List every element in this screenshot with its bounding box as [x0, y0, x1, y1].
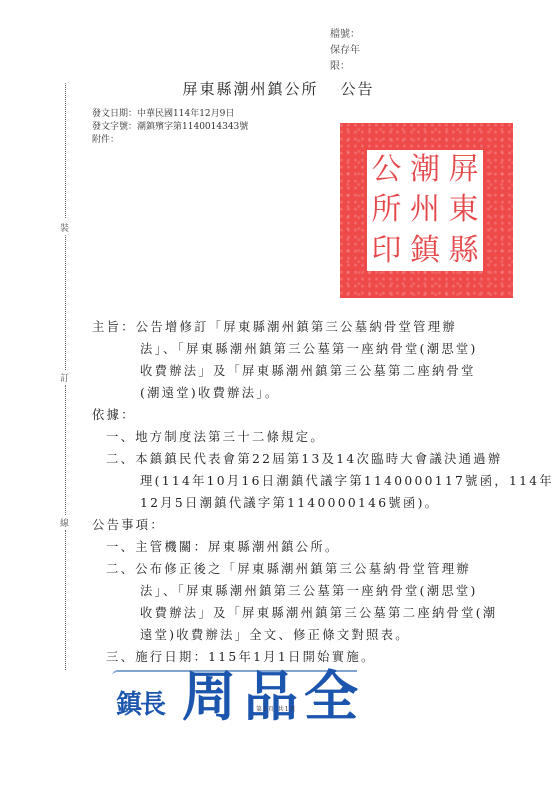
agency-name: 屏東縣潮州鎮公所	[182, 80, 318, 98]
binding-dotted-line	[65, 530, 66, 670]
subject-line: (潮遠堂)收費辦法」。	[92, 382, 512, 404]
matters-item-continued: 遠堂)收費辦法」全文、修正條文對照表。	[92, 624, 512, 646]
matters-item: 二、公布修正後之「屏東縣潮州鎮第三公墓納骨堂管理辦	[92, 558, 512, 580]
attachment-row: 附件：	[92, 134, 248, 147]
issue-number-value: 潮鎮殯字第1140014343號	[137, 122, 248, 132]
signature-name-char: 周	[182, 666, 236, 728]
basis-item: 二、本鎮鎮民代表會第22屆第13及14次臨時大會議決通過辦	[92, 448, 512, 470]
binding-mark-ding: 訂	[60, 371, 69, 384]
matters-item: 一、主管機關：屏東縣潮州鎮公所。	[92, 536, 512, 558]
seal-char: 印	[367, 231, 406, 271]
issue-info: 發文日期：中華民國114年12月9日 發文字號：潮鎮殯字第1140014343號…	[92, 108, 248, 147]
subject-line: 法」、「屏東縣潮州鎮第三公墓第一座納骨堂(潮思堂)	[92, 338, 512, 360]
seal-char: 屏	[444, 150, 483, 190]
archive-number-label: 檔號：	[330, 27, 374, 43]
basis-heading: 依據：	[92, 404, 512, 426]
binding-margin: 裝 訂 線	[62, 83, 70, 683]
matters-item-continued: 法」、「屏東縣潮州鎮第三公墓第一座納骨堂(潮思堂)	[92, 580, 512, 602]
document-page: 檔號： 保存年限： 裝 訂 線 屏東縣潮州鎮公所公告 發文日期：中華民國114年…	[0, 0, 557, 788]
retention-row: 保存年限：	[330, 43, 374, 75]
matters-heading: 公告事項：	[92, 514, 512, 536]
seal-char: 東	[444, 190, 483, 230]
basis-section: 依據： 一、地方制度法第三十二條規定。 二、本鎮鎮民代表會第22屆第13及14次…	[92, 404, 512, 514]
seal-char: 州	[406, 190, 445, 230]
issue-date-row: 發文日期：中華民國114年12月9日	[92, 108, 248, 121]
subject-section: 主旨：公告增修訂「屏東縣潮州鎮第三公墓納骨堂管理辦 法」、「屏東縣潮州鎮第三公墓…	[92, 316, 512, 404]
binding-dotted-line	[65, 385, 66, 515]
archive-number-row: 檔號：	[330, 27, 374, 43]
issue-date-label: 發文日期：	[92, 109, 137, 119]
signature-name-char: 全	[304, 666, 358, 728]
signature-name-char: 品	[244, 666, 298, 728]
binding-mark-xian: 線	[60, 516, 69, 529]
binding-mark-zhuang: 裝	[60, 221, 69, 234]
official-seal: 屏 潮 公 東 州 所 縣 鎮 印	[340, 123, 513, 298]
matters-item-continued: 收費辦法」及「屏東縣潮州鎮第三公墓第二座納骨堂(潮	[92, 602, 512, 624]
subject-line: 主旨：公告增修訂「屏東縣潮州鎮第三公墓納骨堂管理辦	[92, 316, 512, 338]
attachment-label: 附件：	[92, 135, 119, 145]
file-meta: 檔號： 保存年限：	[330, 27, 374, 75]
document-title: 屏東縣潮州鎮公所公告	[0, 78, 557, 99]
mayor-signature-stamp: 鎮長 周 品 全	[112, 670, 357, 730]
signature-title: 鎮長	[116, 684, 164, 721]
basis-item: 一、地方制度法第三十二條規定。	[92, 426, 512, 448]
issue-number-label: 發文字號：	[92, 122, 137, 132]
seal-inscription: 屏 潮 公 東 州 所 縣 鎮 印	[367, 150, 483, 271]
binding-dotted-line	[65, 83, 66, 218]
issue-number-row: 發文字號：潮鎮殯字第1140014343號	[92, 121, 248, 134]
retention-label: 保存年限：	[330, 43, 374, 75]
seal-char: 縣	[444, 231, 483, 271]
page-number: 第1頁 共1頁	[256, 704, 297, 713]
seal-char: 公	[367, 150, 406, 190]
matters-item: 三、施行日期：115年1月1日開始實施。	[92, 646, 512, 668]
document-type: 公告	[341, 80, 375, 98]
binding-dotted-line	[65, 235, 66, 370]
basis-item-continued: 12月5日潮鎮代議字第1140000146號函)。	[92, 492, 512, 514]
basis-item-continued: 理(114年10月16日潮鎮代議字第1140000117號函，114年	[92, 470, 512, 492]
seal-char: 所	[367, 190, 406, 230]
issue-date-value: 中華民國114年12月9日	[137, 109, 234, 119]
seal-char: 潮	[406, 150, 445, 190]
matters-section: 公告事項： 一、主管機關：屏東縣潮州鎮公所。 二、公布修正後之「屏東縣潮州鎮第三…	[92, 514, 512, 668]
subject-line: 收費辦法」及「屏東縣潮州鎮第三公墓第二座納骨堂	[92, 360, 512, 382]
document-body: 主旨：公告增修訂「屏東縣潮州鎮第三公墓納骨堂管理辦 法」、「屏東縣潮州鎮第三公墓…	[92, 316, 512, 668]
seal-char: 鎮	[406, 231, 445, 271]
